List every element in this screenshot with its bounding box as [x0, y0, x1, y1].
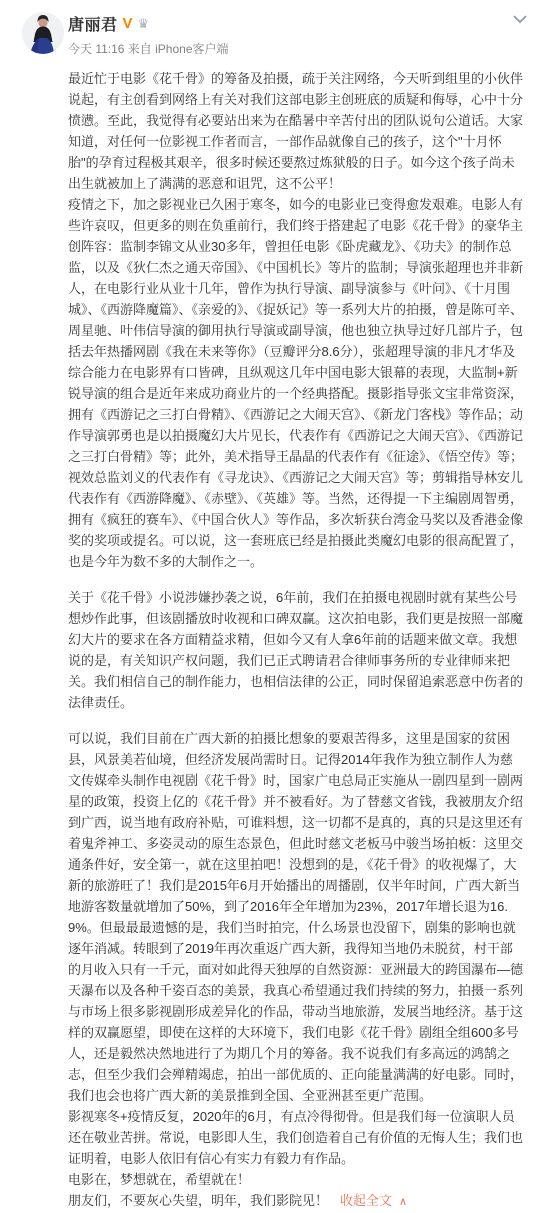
collapse-chevron-up-icon[interactable]: ∧: [399, 1196, 407, 1208]
avatar-image: [22, 12, 64, 54]
post-paragraph: 可以说，我们目前在广西大新的拍摄比想象的要艰苦得多，这里是国家的贫困县，风景美若…: [68, 728, 524, 1106]
post-paragraph: 电影在，梦想就在，希望就在！: [68, 1169, 524, 1190]
weibo-post-card: 唐丽君 V ♛ 今天 11:16 来自 iPhone客户端 最近忙于电影《花千骨…: [0, 0, 549, 1213]
post-paragraph: 朋友们，不要灰心失望，明年，我们影院见！收起全文∧: [68, 1190, 524, 1213]
post-content: 最近忙于电影《花千骨》的筹备及拍摄，疏于关注网络，今天听到组里的小伙伴说起，有主…: [68, 68, 524, 1213]
collapse-full-text-link[interactable]: 收起全文: [340, 1193, 392, 1208]
post-paragraph-text: 朋友们，不要灰心失望，明年，我们影院见！: [68, 1193, 328, 1208]
post-paragraph: 影视寒冬+疫情反复，2020年的6月，有点冷得彻骨。但是我们每一位演职人员还在敬…: [68, 1106, 524, 1169]
avatar[interactable]: [22, 12, 64, 54]
post-paragraph: 关于《花千骨》小说涉嫌抄袭之说，6年前，我们在拍摄电视剧时就有某些公号想炒作此事…: [68, 587, 524, 713]
verified-v-icon: V: [123, 16, 133, 31]
user-name-row: 唐丽君 V ♛: [68, 13, 229, 33]
chevron-down-icon[interactable]: [513, 15, 527, 24]
post-paragraph: 最近忙于电影《花千骨》的筹备及拍摄，疏于关注网络，今天听到组里的小伙伴说起，有主…: [68, 68, 524, 194]
username[interactable]: 唐丽君: [68, 12, 118, 35]
membership-crown-icon: ♛: [138, 17, 150, 30]
post-paragraph: 疫情之下，加之影视业已久困于寒冬，如今的电影业已变得愈发艰难。电影人有些许哀叹，…: [68, 194, 524, 572]
post-header: 唐丽君 V ♛ 今天 11:16 来自 iPhone客户端: [0, 0, 549, 57]
user-info: 唐丽君 V ♛ 今天 11:16 来自 iPhone客户端: [68, 12, 229, 57]
post-timestamp[interactable]: 今天 11:16 来自 iPhone客户端: [68, 40, 229, 57]
